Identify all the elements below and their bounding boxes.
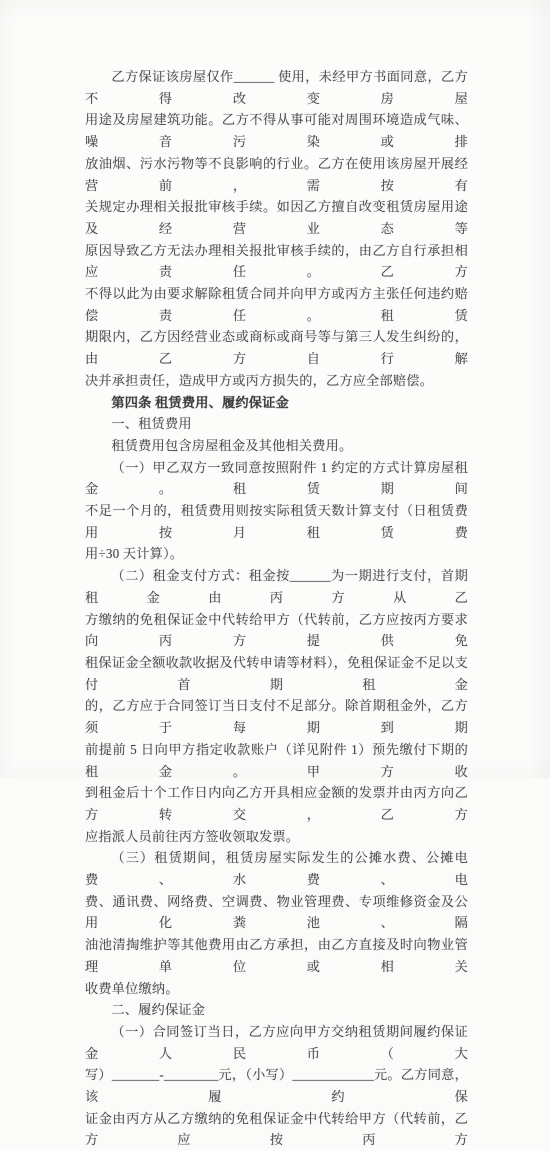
scanned-contract-page: 乙方保证该房屋仅作______ 使用，未经甲方书面同意，乙方不得改变房屋用途及房…: [0, 0, 550, 778]
text-line: 前提前 5 日向甲方指定收款账户（详见附件 1）预先缴付下期的租金。甲方收: [85, 739, 468, 778]
text-line: （二）租金支付方式：租金按______为一期进行支付，首期租金由丙方从乙: [85, 565, 468, 608]
text-line: 决并承担责任，造成甲方或丙方损失的，乙方应全部赔偿。: [85, 370, 468, 392]
text-line: 原因导致乙方无法办理相关报批审核手续的，由乙方自行承担相应责任。乙方: [85, 240, 468, 283]
text-line: 不足一个月的，租赁费用则按实际租赁天数计算支付（日租赁费用按月租赁费: [85, 500, 468, 543]
text-line: 放油烟、污水污物等不良影响的行业。乙方在使用该房屋开展经营前，需按有: [85, 153, 468, 196]
text-line: 一、租赁费用: [85, 413, 468, 435]
text-line: 关规定办理相关报批审核手续。如因乙方擅自改变租赁房屋用途及经营业态等: [85, 196, 468, 239]
text-line: 的，乙方应于合同签订当日支付不足部分。除首期租金外，乙方须于每期到期: [85, 695, 468, 738]
text-line: 乙方保证该房屋仅作______ 使用，未经甲方书面同意，乙方不得改变房屋: [85, 66, 468, 109]
text-line: 租保证金全额收款收据及代转申请等材料），免租保证金不足以支付首期租金: [85, 652, 468, 695]
document-body: 乙方保证该房屋仅作______ 使用，未经甲方书面同意，乙方不得改变房屋用途及房…: [85, 66, 468, 778]
text-line: 用÷30 天计算）。: [85, 543, 468, 565]
text-line: 用途及房屋建筑功能。乙方不得从事可能对周围环境造成气味、噪音污染或排: [85, 109, 468, 152]
section-heading-line: 第四条 租赁费用、履约保证金: [85, 392, 468, 414]
text-line: （一）甲乙双方一致同意按照附件 1 约定的方式计算房屋租金。租赁期间: [85, 457, 468, 500]
text-line: 方缴纳的免租保证金中代转给甲方（代转前，乙方应按丙方要求向丙方提供免: [85, 609, 468, 652]
text-line: 不得以此为由要求解除租赁合同并向甲方或丙方主张任何违约赔偿责任。租赁: [85, 283, 468, 326]
text-line: 租赁费用包含房屋租金及其他相关费用。: [85, 435, 468, 457]
text-line: 期限内，乙方因经营业态或商标或商号等与第三人发生纠纷的，由乙方自行解: [85, 326, 468, 369]
